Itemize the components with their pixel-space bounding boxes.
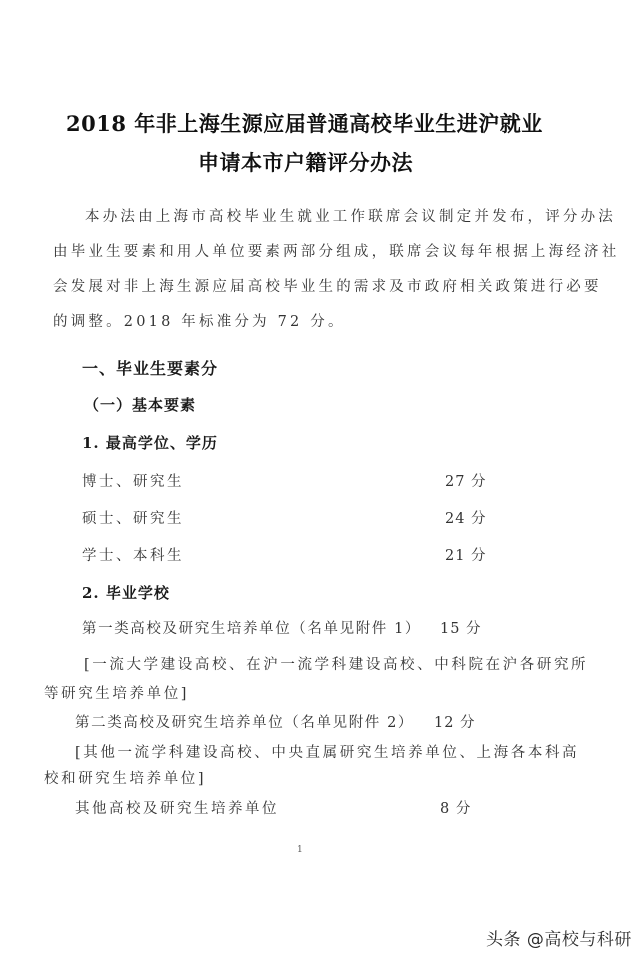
document-title-line1: 2018 年非上海生源应届普通高校毕业生进沪就业: [66, 108, 543, 138]
school-category-note: 校和研究生培养单位]: [44, 767, 206, 788]
school-category-label: 第一类高校及研究生培养单位（名单见附件 1）: [82, 617, 421, 638]
degree-score: 24 分: [445, 507, 487, 528]
school-category-label: 第二类高校及研究生培养单位（名单见附件 2）: [75, 711, 414, 732]
school-category-score: 12 分: [434, 711, 476, 732]
intro-line: 会发展对非上海生源应届高校毕业生的需求及市政府相关政策进行必要: [53, 275, 602, 296]
school-category-score: 8 分: [440, 797, 471, 818]
degree-label: 博士、研究生: [82, 470, 184, 491]
degree-label: 学士、本科生: [82, 544, 184, 565]
intro-line: 由毕业生要素和用人单位要素两部分组成，联席会议每年根据上海经济社: [53, 240, 619, 261]
intro-line: 的调整。2018 年标准分为 72 分。: [53, 310, 346, 331]
school-category-note: [其他一流学科建设高校、中央直属研究生培养单位、上海各本科高: [75, 741, 579, 762]
page-number: 1: [297, 845, 303, 855]
item-heading-degree: 1. 最高学位、学历: [82, 432, 218, 453]
school-category-label: 其他高校及研究生培养单位: [75, 797, 279, 818]
degree-score: 21 分: [445, 544, 487, 565]
school-category-note: 等研究生培养单位]: [44, 682, 189, 703]
degree-label: 硕士、研究生: [82, 507, 184, 528]
item-heading-school: 2. 毕业学校: [82, 582, 170, 603]
degree-score: 27 分: [445, 470, 487, 491]
section-heading-graduate-factors: 一、毕业生要素分: [82, 356, 218, 379]
intro-line: 本办法由上海市高校毕业生就业工作联席会议制定并发布，评分办法: [85, 205, 616, 226]
document-title-line2: 申请本市户籍评分办法: [198, 147, 413, 177]
school-category-score: 15 分: [440, 617, 482, 638]
watermark-text: 头条 @高校与科研: [486, 925, 632, 950]
subsection-heading-basic-factors: （一）基本要素: [84, 394, 196, 415]
school-category-note: [一流大学建设高校、在沪一流学科建设高校、中科院在沪各研究所: [84, 653, 588, 674]
